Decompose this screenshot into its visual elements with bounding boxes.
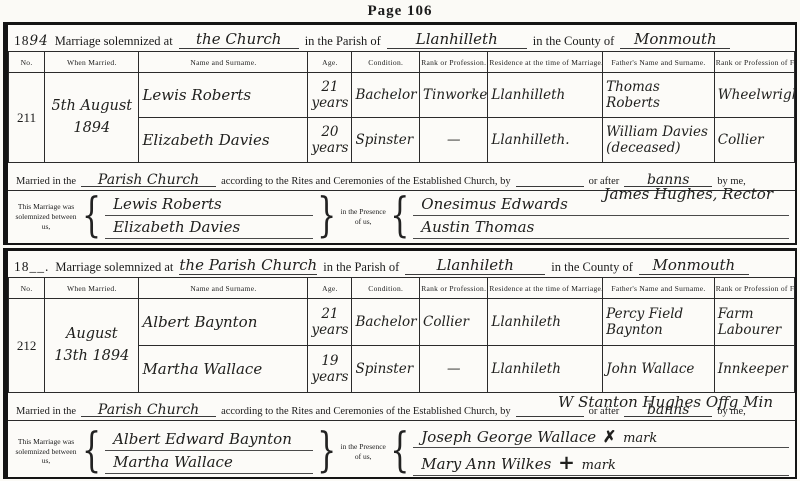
- bride-condition-cell: Spinster: [352, 118, 420, 163]
- column-header: When Married.: [45, 278, 139, 299]
- officiant-signature: W Stanton Hughes Offg Min: [558, 393, 773, 411]
- column-header: Rank or Profession of Father.: [714, 52, 794, 73]
- bride-name-cell: Martha Wallace: [139, 346, 308, 393]
- licence-blank: [516, 175, 584, 187]
- officiant-signature: James Hughes, Rector: [604, 185, 773, 203]
- groom-condition-cell: Bachelor: [352, 73, 420, 118]
- parish-name: Llanhileth: [405, 256, 545, 275]
- year: 18__.: [14, 259, 49, 275]
- year: 1894: [14, 33, 49, 49]
- solemnized-between-label: This Marriage was solemnized between us,: [14, 437, 78, 466]
- bride-father-rank-cell: Innkeeper: [714, 346, 794, 393]
- column-header: Name and Surname.: [139, 52, 308, 73]
- groom-rank-cell: Collier: [420, 299, 488, 346]
- column-header: Residence at the time of Marriage.: [488, 278, 603, 299]
- groom-father-rank-cell: Wheelwright: [714, 73, 794, 118]
- entry-number: 211: [9, 73, 45, 163]
- column-header: Father's Name and Surname.: [603, 278, 715, 299]
- column-header: Age.: [308, 278, 352, 299]
- groom-age-cell: 21 years: [308, 299, 352, 346]
- marriage-record-212: 18__. Marriage solemnized at the Parish …: [3, 248, 797, 479]
- column-header: No.: [9, 52, 45, 73]
- witness-signatures: Joseph George Wallace ✗ mark Mary Ann Wi…: [413, 427, 789, 476]
- left-brace: {: [82, 428, 101, 475]
- column-header: Condition.: [352, 52, 420, 73]
- column-header: Name and Surname.: [139, 278, 308, 299]
- married-in-place: Parish Church: [81, 175, 216, 187]
- bride-father-cell: John Wallace: [603, 346, 715, 393]
- bride-condition-cell: Spinster: [352, 346, 420, 393]
- column-header: Rank or Profession.: [420, 278, 488, 299]
- register-table: No. When Married. Name and Surname. Age.…: [8, 51, 795, 163]
- left-brace: {: [82, 194, 101, 241]
- column-header: Age.: [308, 52, 352, 73]
- heading-solemnized-at: Marriage solemnized at: [55, 34, 173, 49]
- column-header: When Married.: [45, 52, 139, 73]
- bride-father-rank-cell: Collier: [714, 118, 794, 163]
- groom-row: 211 5th August 1894 Lewis Roberts 21 yea…: [9, 73, 795, 118]
- groom-age-cell: 21 years: [308, 73, 352, 118]
- party-signatures: Lewis Roberts Elizabeth Davies: [105, 195, 313, 239]
- presence-label: in the Presence of us,: [340, 442, 386, 462]
- groom-name-cell: Lewis Roberts: [139, 73, 308, 118]
- heading-in-county: in the County of: [551, 260, 633, 275]
- party-signatures: Albert Edward Baynton Martha Wallace: [105, 430, 313, 474]
- register-table: No. When Married. Name and Surname. Age.…: [8, 277, 795, 393]
- marriage-record-211: 1894 Marriage solemnized at the Church i…: [3, 22, 797, 245]
- married-in-place: Parish Church: [81, 405, 216, 417]
- bride-rank-cell: —: [420, 118, 488, 163]
- county-name: Monmouth: [639, 256, 749, 275]
- record-heading: 18__. Marriage solemnized at the Parish …: [8, 251, 795, 277]
- right-brace: }: [317, 194, 336, 241]
- heading-in-parish: in the Parish of: [323, 260, 399, 275]
- column-header: Condition.: [352, 278, 420, 299]
- groom-father-cell: Thomas Roberts: [603, 73, 715, 118]
- record-heading: 1894 Marriage solemnized at the Church i…: [8, 25, 795, 51]
- year-handwritten: 94: [30, 33, 49, 49]
- witness-signature: Austin Thomas: [413, 218, 789, 239]
- plus-mark-icon: +: [556, 450, 577, 474]
- church-name: the Church: [179, 30, 299, 49]
- witness-signature: Mary Ann Wilkes + mark: [413, 450, 789, 476]
- bride-father-cell: William Davies (deceased): [603, 118, 715, 163]
- married-in-pre: Married in the: [16, 406, 76, 417]
- groom-residence-cell: Llanhileth: [488, 299, 603, 346]
- groom-father-rank-cell: Farm Labourer: [714, 299, 794, 346]
- register-page: Page 106 1894 Marriage solemnized at the…: [0, 0, 800, 481]
- witness-brace: {: [390, 428, 409, 475]
- heading-solemnized-at: Marriage solemnized at: [55, 260, 173, 275]
- heading-in-county: in the County of: [533, 34, 615, 49]
- parish-name: Llanhilleth: [387, 30, 527, 49]
- cross-mark-icon: ✗: [601, 427, 618, 446]
- bride-signature: Elizabeth Davies: [105, 218, 313, 239]
- entry-number: 212: [9, 299, 45, 393]
- heading-in-parish: in the Parish of: [305, 34, 381, 49]
- when-married-cell: August 13th 1894: [45, 299, 139, 393]
- bride-rank-cell: —: [420, 346, 488, 393]
- column-header: No.: [9, 278, 45, 299]
- when-married-cell: 5th August 1894: [45, 73, 139, 163]
- church-name: the Parish Church: [179, 256, 317, 275]
- table-header-row: No. When Married. Name and Surname. Age.…: [9, 52, 795, 73]
- solemnized-between-label: This Marriage was solemnized between us,: [14, 202, 78, 231]
- groom-signature: Albert Edward Baynton: [105, 430, 313, 451]
- groom-name-cell: Albert Baynton: [139, 299, 308, 346]
- presence-label: in the Presence of us,: [340, 207, 386, 227]
- witness-signature: Joseph George Wallace ✗ mark: [413, 427, 789, 448]
- mark-word: mark: [582, 458, 616, 473]
- page-number: Page 106: [0, 0, 800, 22]
- right-brace: }: [317, 428, 336, 475]
- mark-word: mark: [623, 431, 657, 446]
- rites-text: according to the Rites and Ceremonies of…: [221, 176, 511, 187]
- rites-text: according to the Rites and Ceremonies of…: [221, 406, 511, 417]
- married-in-pre: Married in the: [16, 176, 76, 187]
- groom-rank-cell: Tinworker: [420, 73, 488, 118]
- witness-brace: {: [390, 194, 409, 241]
- bride-residence-cell: Llanhilleth.: [488, 118, 603, 163]
- table-header-row: No. When Married. Name and Surname. Age.…: [9, 278, 795, 299]
- column-header: Residence at the time of Marriage.: [488, 52, 603, 73]
- bride-signature: Martha Wallace: [105, 453, 313, 474]
- groom-residence-cell: Llanhilleth: [488, 73, 603, 118]
- groom-row: 212 August 13th 1894 Albert Baynton 21 y…: [9, 299, 795, 346]
- bride-name-cell: Elizabeth Davies: [139, 118, 308, 163]
- groom-condition-cell: Bachelor: [352, 299, 420, 346]
- bride-age-cell: 20 years: [308, 118, 352, 163]
- groom-signature: Lewis Roberts: [105, 195, 313, 216]
- groom-father-cell: Percy Field Baynton: [603, 299, 715, 346]
- county-name: Monmouth: [620, 30, 730, 49]
- column-header: Rank or Profession of Father.: [714, 278, 794, 299]
- bride-residence-cell: Llanhileth: [488, 346, 603, 393]
- bride-age-cell: 19 years: [308, 346, 352, 393]
- signature-strip: This Marriage was solemnized between us,…: [8, 420, 795, 481]
- column-header: Father's Name and Surname.: [603, 52, 715, 73]
- column-header: Rank or Profession.: [420, 52, 488, 73]
